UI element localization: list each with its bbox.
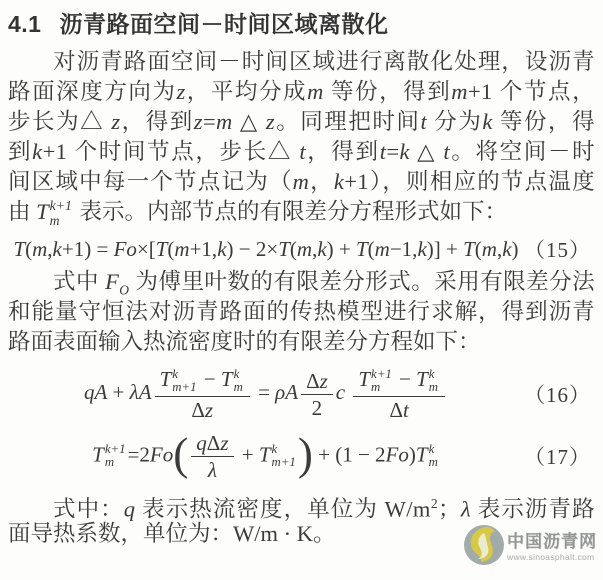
equation-16-body: qA + λATkm+1 − TkmΔz = ρAΔz2c Tk+1m − Tk… <box>8 367 524 422</box>
watermark-site-name: 中国沥青网 <box>507 533 597 552</box>
paragraph-2: 式中 FO 为傅里叶数的有限差分形式。采用有限差分法 和能量守恒法对沥青路面的传… <box>8 267 595 357</box>
text-line: 步长为△ z，得到z=m △ z。同理把时间t 分为k 等份，得 <box>8 107 595 137</box>
text-line: 间区域中每一个节点记为（m，k+1），则相应的节点温度 <box>8 167 595 197</box>
equation-17-body: Tk+1m=2Fo(qΔzλ + Tkm+1) + (1 − 2Fo)Tkm <box>8 431 524 482</box>
text-line: 由 Tk+1m 表示。内部节点的有限差分方程形式如下： <box>8 197 595 227</box>
equation-17-number: （17） <box>524 441 595 471</box>
equation-15-number: （15） <box>524 234 595 264</box>
equation-16-number: （16） <box>524 379 595 409</box>
equation-15: T(m,k+1) = Fo×[T(m+1,k) − 2×T(m,k) + T(m… <box>8 234 595 264</box>
paper-page: 4.1沥青路面空间－时间区域离散化 对沥青路面空间－时间区域进行离散化处理，设沥… <box>0 0 603 580</box>
text-line: 路面表面输入热流密度时的有限差分方程如下： <box>8 327 595 357</box>
text-line: 对沥青路面空间－时间区域进行离散化处理，设沥青 <box>8 47 595 77</box>
text-line: 式中：q 表示热流密度，单位为 W/m2；λ 表示沥青路 <box>8 489 595 519</box>
paragraph-1: 对沥青路面空间－时间区域进行离散化处理，设沥青 路面深度方向为z，平均分成m 等… <box>8 47 595 227</box>
text-line: 路面深度方向为z，平均分成m 等份，得到m+1 个节点， <box>8 77 595 107</box>
section-title: 沥青路面空间－时间区域离散化 <box>59 11 388 37</box>
sinoasphalt-logo-icon <box>462 523 506 572</box>
equation-17: Tk+1m=2Fo(qΔzλ + Tkm+1) + (1 − 2Fo)Tkm （… <box>8 431 595 482</box>
text-line: 式中 FO 为傅里叶数的有限差分形式。采用有限差分法 <box>8 267 595 297</box>
equation-15-body: T(m,k+1) = Fo×[T(m+1,k) − 2×T(m,k) + T(m… <box>8 237 524 262</box>
watermark-site-url: www.sinoasphalt.com <box>507 552 594 562</box>
equation-16: qA + λATkm+1 − TkmΔz = ρAΔz2c Tk+1m − Tk… <box>8 367 595 422</box>
text-line: 和能量守恒法对沥青路面的传热模型进行求解，得到沥青 <box>8 297 595 327</box>
watermark-text: 中国沥青网 www.sinoasphalt.com <box>507 533 597 562</box>
section-number: 4.1 <box>8 11 41 37</box>
text-line: 到k+1 个时间节点，步长△ t，得到t=k △ t。将空间－时 <box>8 137 595 167</box>
section-heading: 4.1沥青路面空间－时间区域离散化 <box>8 6 595 39</box>
watermark: 中国沥青网 www.sinoasphalt.com <box>462 523 597 572</box>
